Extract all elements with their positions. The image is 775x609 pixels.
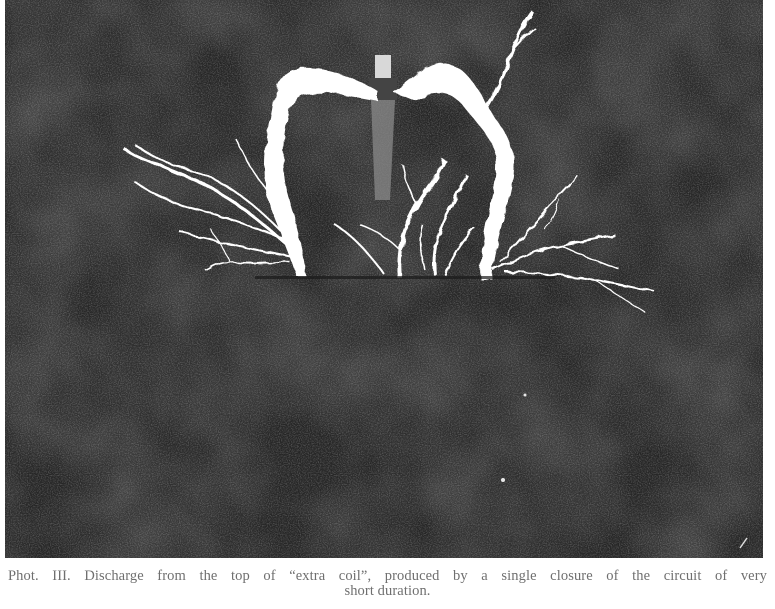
caption-line-1: Phot. III. Discharge from the top of “ex… [0, 569, 775, 584]
discharge-photograph [5, 0, 763, 558]
discharge-illustration [5, 0, 763, 558]
figure-caption: Phot. III. Discharge from the top of “ex… [0, 569, 775, 599]
caption-line-2: short duration. [0, 584, 775, 599]
